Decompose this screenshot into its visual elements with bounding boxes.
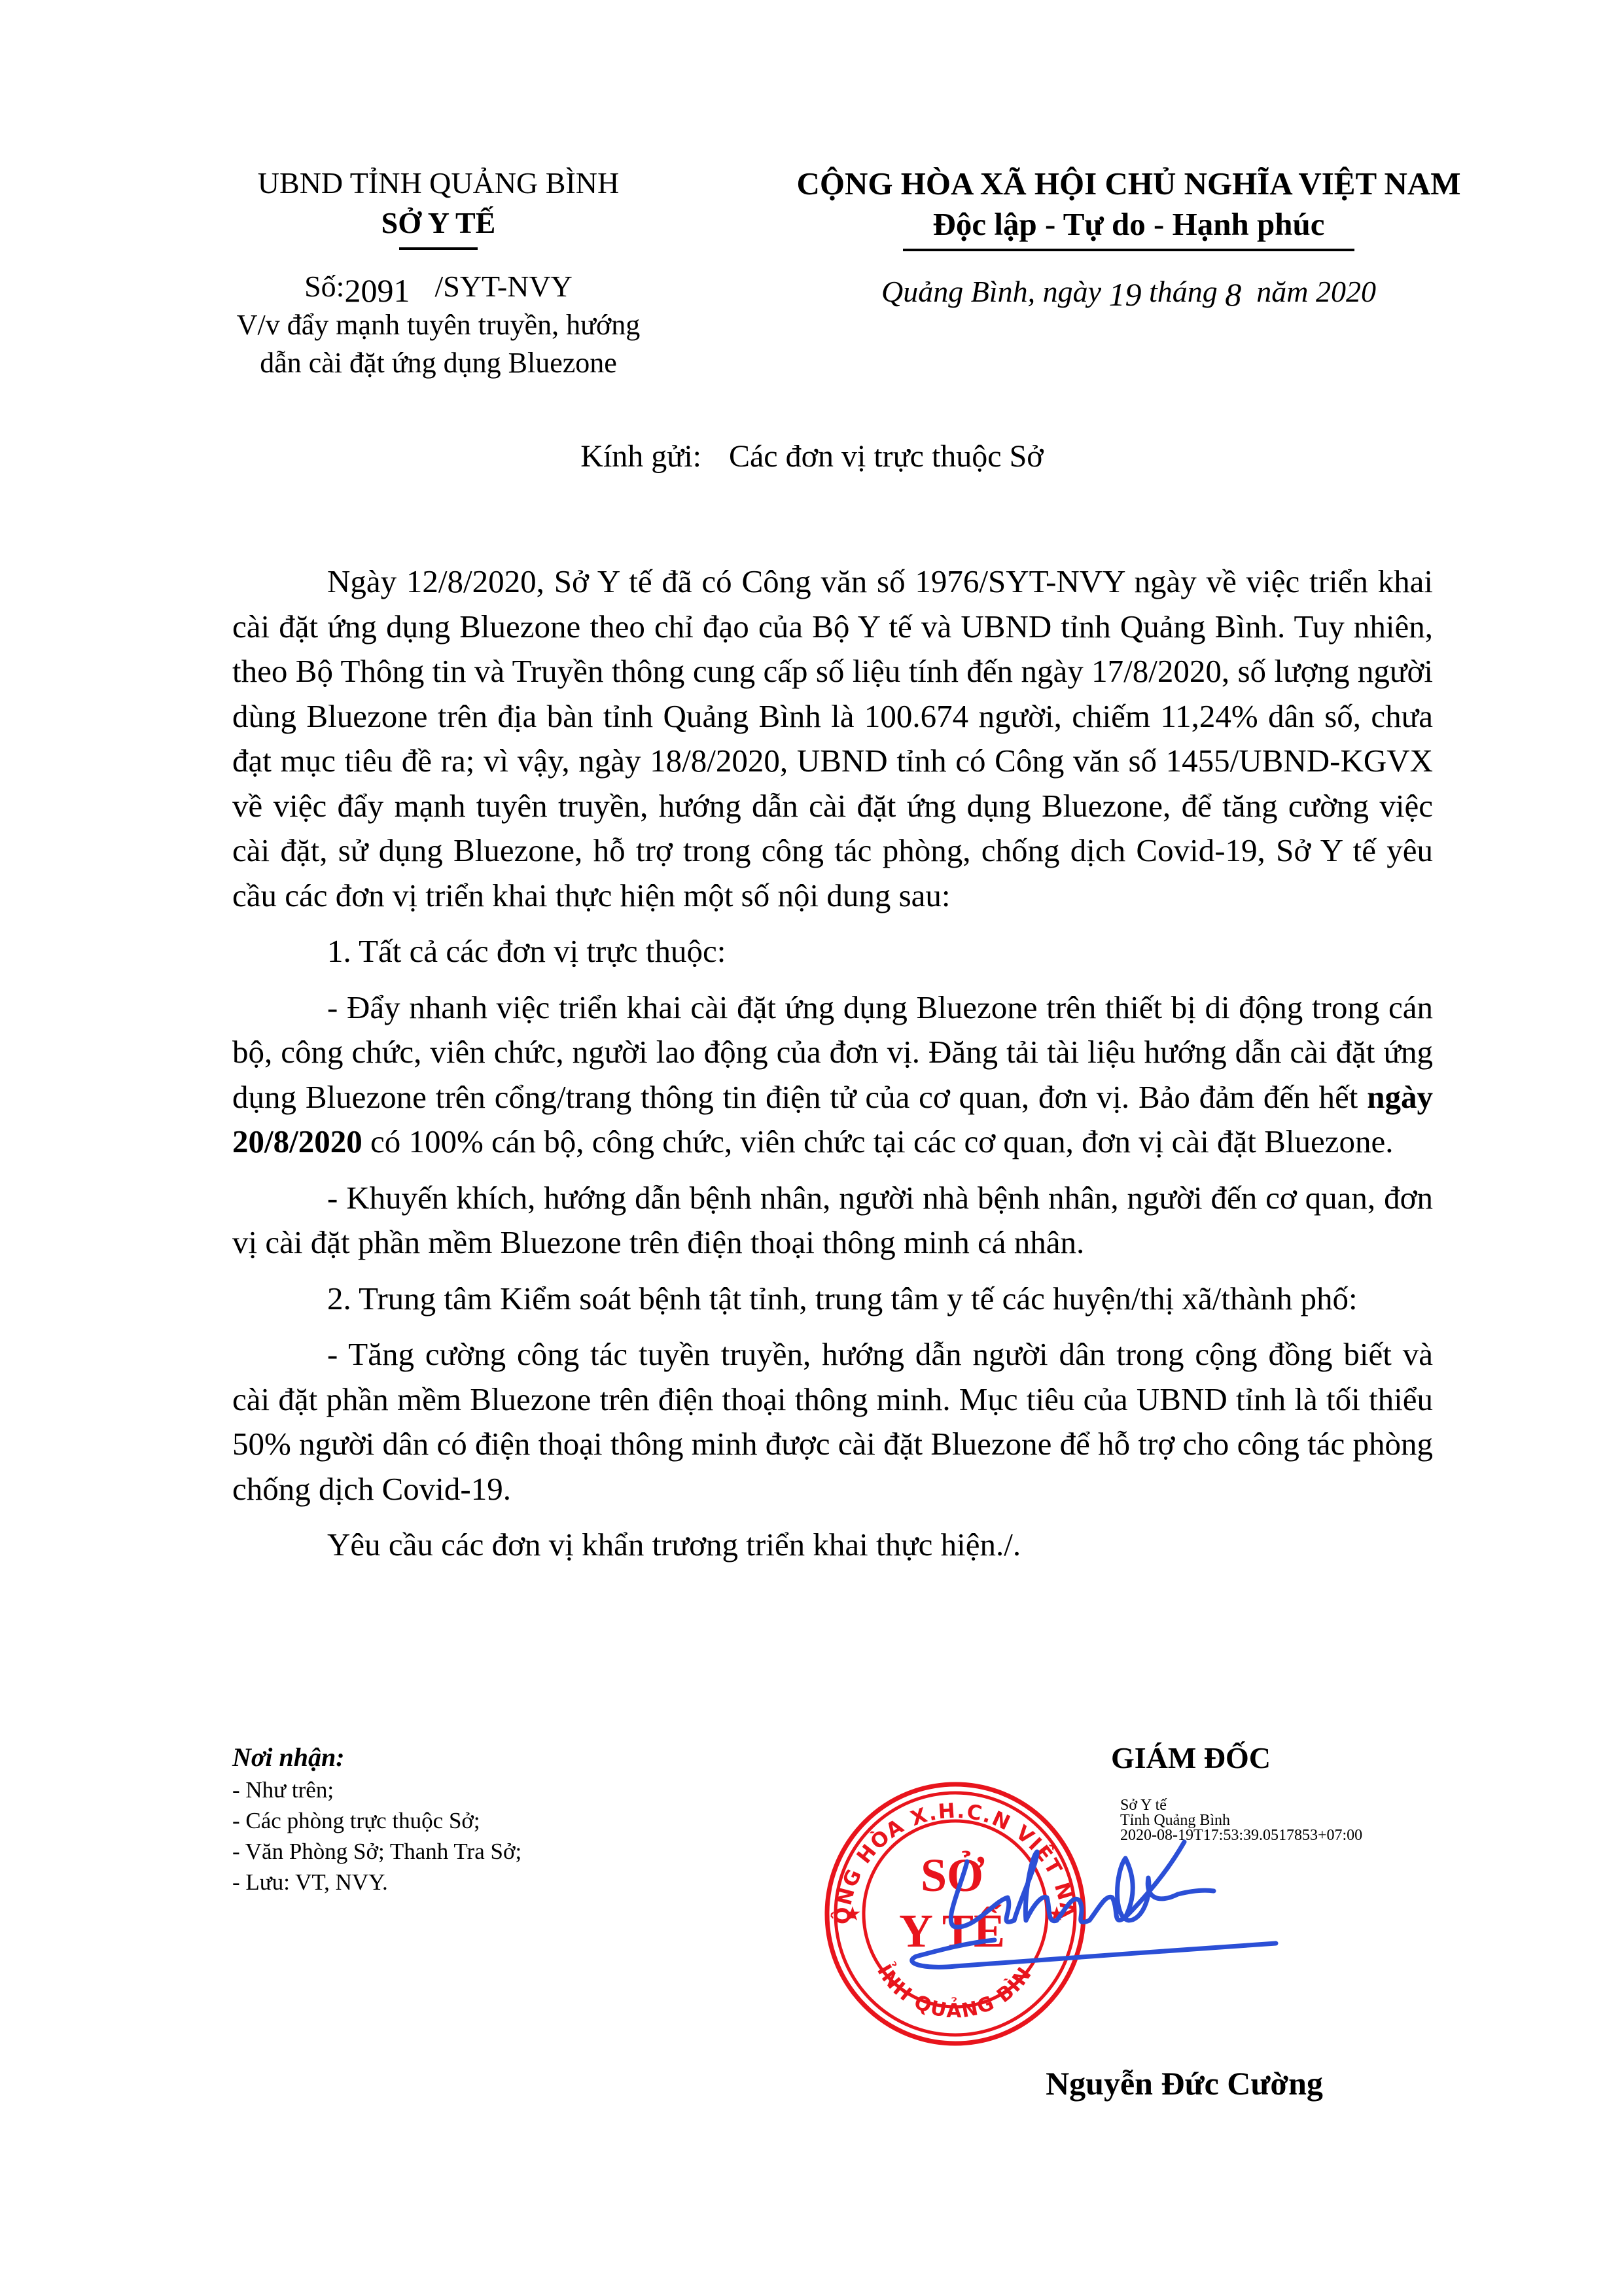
place-and-date: Quảng Bình, ngày 19 tháng 8 năm 2020: [726, 271, 1531, 311]
recipient-item: - Văn Phòng Sở; Thanh Tra Sở;: [232, 1836, 821, 1867]
addressee: Kính gửi: Các đơn vị trực thuộc Sở: [0, 438, 1624, 474]
digital-sig-timestamp: 2020-08-19T17:53:39.0517853+07:00: [1120, 1828, 1362, 1843]
section-1-item-1-text: - Đẩy nhanh việc triển khai cài đặt ứng …: [232, 989, 1433, 1115]
recipient-item: - Lưu: VT, NVY.: [232, 1867, 821, 1898]
digital-sig-province: Tỉnh Quảng Bình: [1120, 1813, 1362, 1828]
section-1-item-1: - Đẩy nhanh việc triển khai cài đặt ứng …: [232, 985, 1433, 1165]
letter-body: Ngày 12/8/2020, Sở Y tế đã có Công văn s…: [232, 559, 1433, 1568]
month-label: tháng: [1149, 275, 1218, 308]
doc-number-prefix: Số:: [304, 270, 344, 303]
section-1-title: 1. Tất cả các đơn vị trực thuộc:: [232, 929, 1433, 974]
addressee-label: Kính gửi:: [580, 439, 701, 474]
signer-title: GIÁM ĐỐC: [1021, 1740, 1361, 1775]
handwritten-signature: [912, 1842, 1276, 1967]
national-title: CỘNG HÒA XÃ HỘI CHỦ NGHĨA VIỆT NAM: [726, 164, 1531, 204]
date-month: 8: [1225, 276, 1241, 313]
signer-name: Nguyễn Đức Cường: [949, 2064, 1420, 2102]
stamp-star-right-icon: ★: [1048, 1903, 1066, 1925]
issuing-authority-block: UBND TỈNH QUẢNG BÌNH SỞ Y TẾ Số:2091/SYT…: [196, 164, 680, 382]
subject-line-1: V/v đẩy mạnh tuyên truyền, hướng: [196, 306, 680, 344]
date-day: 19: [1109, 276, 1142, 313]
stamp-center-line-1: SỞ: [921, 1849, 985, 1901]
department-underline: [399, 247, 478, 250]
place-date-prefix: Quảng Bình, ngày: [881, 275, 1101, 308]
section-2-title: 2. Trung tâm Kiểm soát bệnh tật tỉnh, tr…: [232, 1277, 1433, 1322]
agency-name: UBND TỈNH QUẢNG BÌNH: [196, 164, 680, 203]
section-1-item-1-text-end: có 100% cán bộ, công chức, viên chức tại…: [362, 1123, 1394, 1159]
department-name: SỞ Y TẾ: [196, 203, 680, 243]
national-heading-block: CỘNG HÒA XÃ HỘI CHỦ NGHĨA VIỆT NAM Độc l…: [726, 164, 1531, 311]
digital-sig-org: Sở Y tế: [1120, 1798, 1362, 1813]
digital-signature-info: Sở Y tế Tỉnh Quảng Bình 2020-08-19T17:53…: [1120, 1798, 1362, 1843]
doc-number-value: 2091: [344, 272, 410, 309]
closing-line: Yêu cầu các đơn vị khẩn trương triển kha…: [232, 1523, 1433, 1568]
stamp-center-line-2: Y TẾ: [899, 1904, 1005, 1957]
document-number: Số:2091/SYT-NVY: [196, 266, 680, 306]
recipient-item: - Như trên;: [232, 1775, 821, 1805]
subject-line-2: dẫn cài đặt ứng dụng Bluezone: [196, 344, 680, 382]
recipients-title: Nơi nhận:: [232, 1740, 821, 1775]
addressee-value: Các đơn vị trực thuộc Sở: [729, 439, 1044, 474]
stamp-star-left-icon: ★: [844, 1903, 862, 1925]
doc-number-suffix: /SYT-NVY: [434, 270, 572, 303]
date-year: năm 2020: [1256, 275, 1376, 308]
section-1-item-2: - Khuyến khích, hướng dẫn bệnh nhân, ngư…: [232, 1176, 1433, 1265]
recipient-item: - Các phòng trực thuộc Sở;: [232, 1805, 821, 1836]
motto-underline: [903, 249, 1354, 251]
section-2-item-1: - Tăng cường công tác tuyền truyền, hướn…: [232, 1332, 1433, 1511]
recipients-block: Nơi nhận: - Như trên; - Các phòng trực t…: [232, 1740, 821, 1898]
national-motto: Độc lập - Tự do - Hạnh phúc: [726, 204, 1531, 245]
body-intro-paragraph: Ngày 12/8/2020, Sở Y tế đã có Công văn s…: [232, 559, 1433, 918]
